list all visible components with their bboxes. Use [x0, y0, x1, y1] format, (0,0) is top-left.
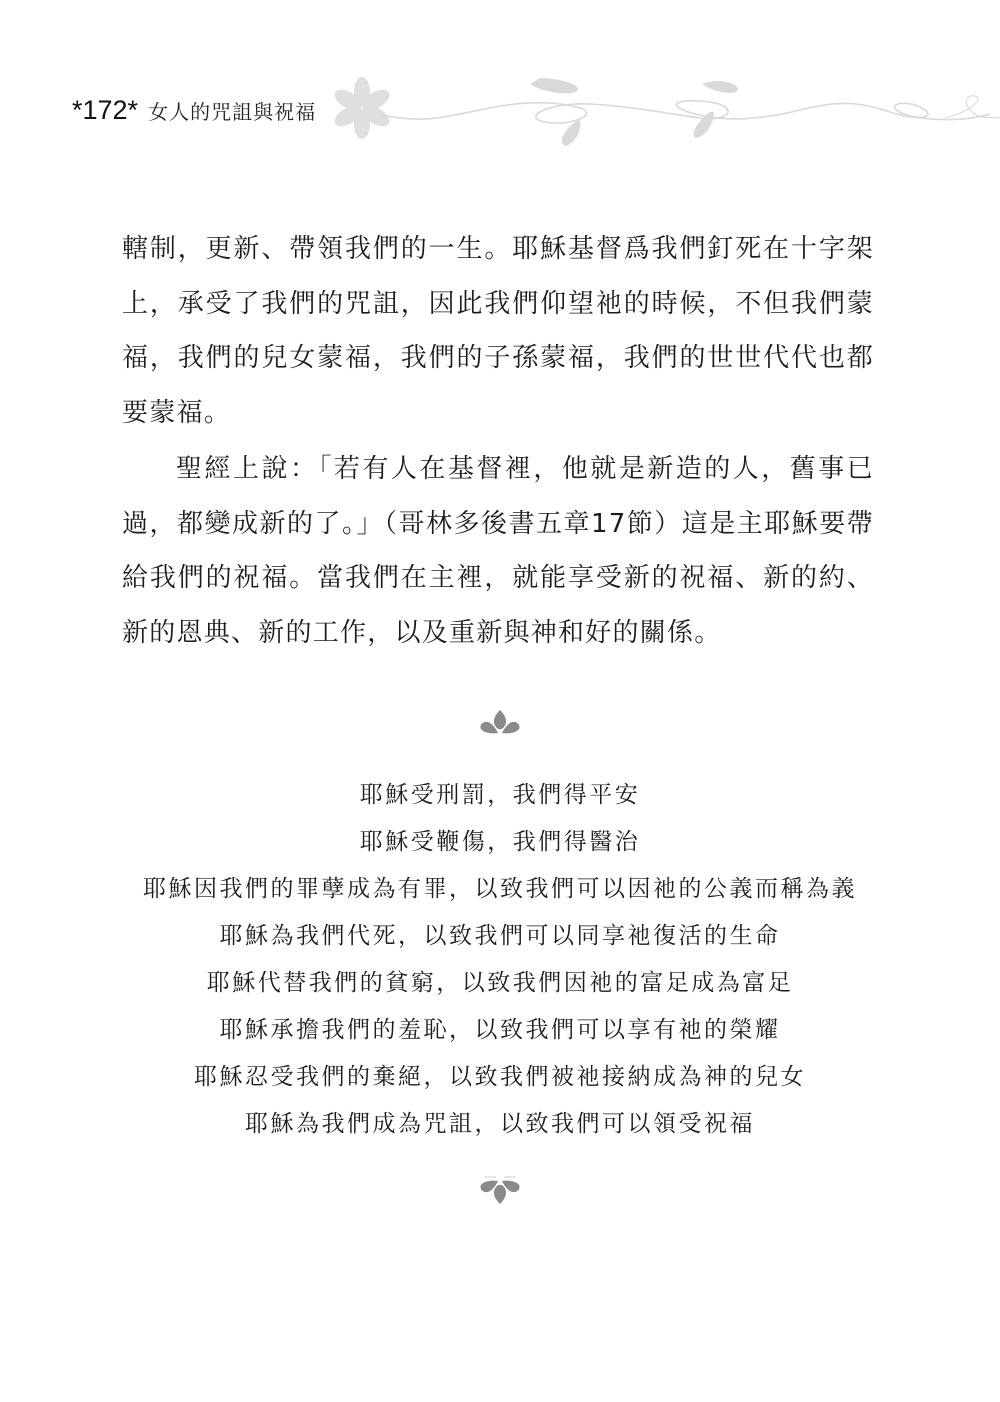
paragraph: 聖經上說：「若有人在基督裡，他就是新造的人，舊事已過，都變成新的了。」（哥林多後…	[122, 442, 874, 660]
poem-line: 耶穌受刑罰，我們得平安	[0, 772, 1000, 819]
poem-line: 耶穌承擔我們的羞恥，以致我們可以享有祂的榮耀	[0, 1007, 1000, 1054]
poem-line: 耶穌代替我們的貧窮，以致我們因祂的富足成為富足	[0, 960, 1000, 1007]
three-drop-ornament-icon	[470, 706, 530, 740]
poem: 耶穌受刑罰，我們得平安 耶穌受鞭傷，我們得醫治 耶穌因我們的罪孽成為有罪，以致我…	[0, 772, 1000, 1148]
page-header: *172* 女人的咒詛與祝福	[72, 88, 316, 132]
paragraph: 轄制，更新、帶領我們的一生。耶穌基督爲我們釘死在十字架上，承受了我們的咒詛，因此…	[122, 222, 874, 440]
poem-line: 耶穌忍受我們的棄絕，以致我們被祂接納成為神的兒女	[0, 1054, 1000, 1101]
body-text: 轄制，更新、帶領我們的一生。耶穌基督爲我們釘死在十字架上，承受了我們的咒詛，因此…	[122, 222, 874, 660]
book-title: 女人的咒詛與祝福	[148, 96, 316, 125]
three-drop-ornament-inverted-icon	[470, 1174, 530, 1208]
poem-line: 耶穌為我們成為咒詛，以致我們可以領受祝福	[0, 1101, 1000, 1148]
poem-line: 耶穌因我們的罪孽成為有罪，以致我們可以因祂的公義而稱為義	[0, 866, 1000, 913]
page-number: *172*	[72, 95, 138, 126]
poem-line: 耶穌受鞭傷，我們得醫治	[0, 819, 1000, 866]
poem-line: 耶穌為我們代死，以致我們可以同享祂復活的生命	[0, 913, 1000, 960]
flower-vine-ornament-icon	[330, 62, 1000, 152]
